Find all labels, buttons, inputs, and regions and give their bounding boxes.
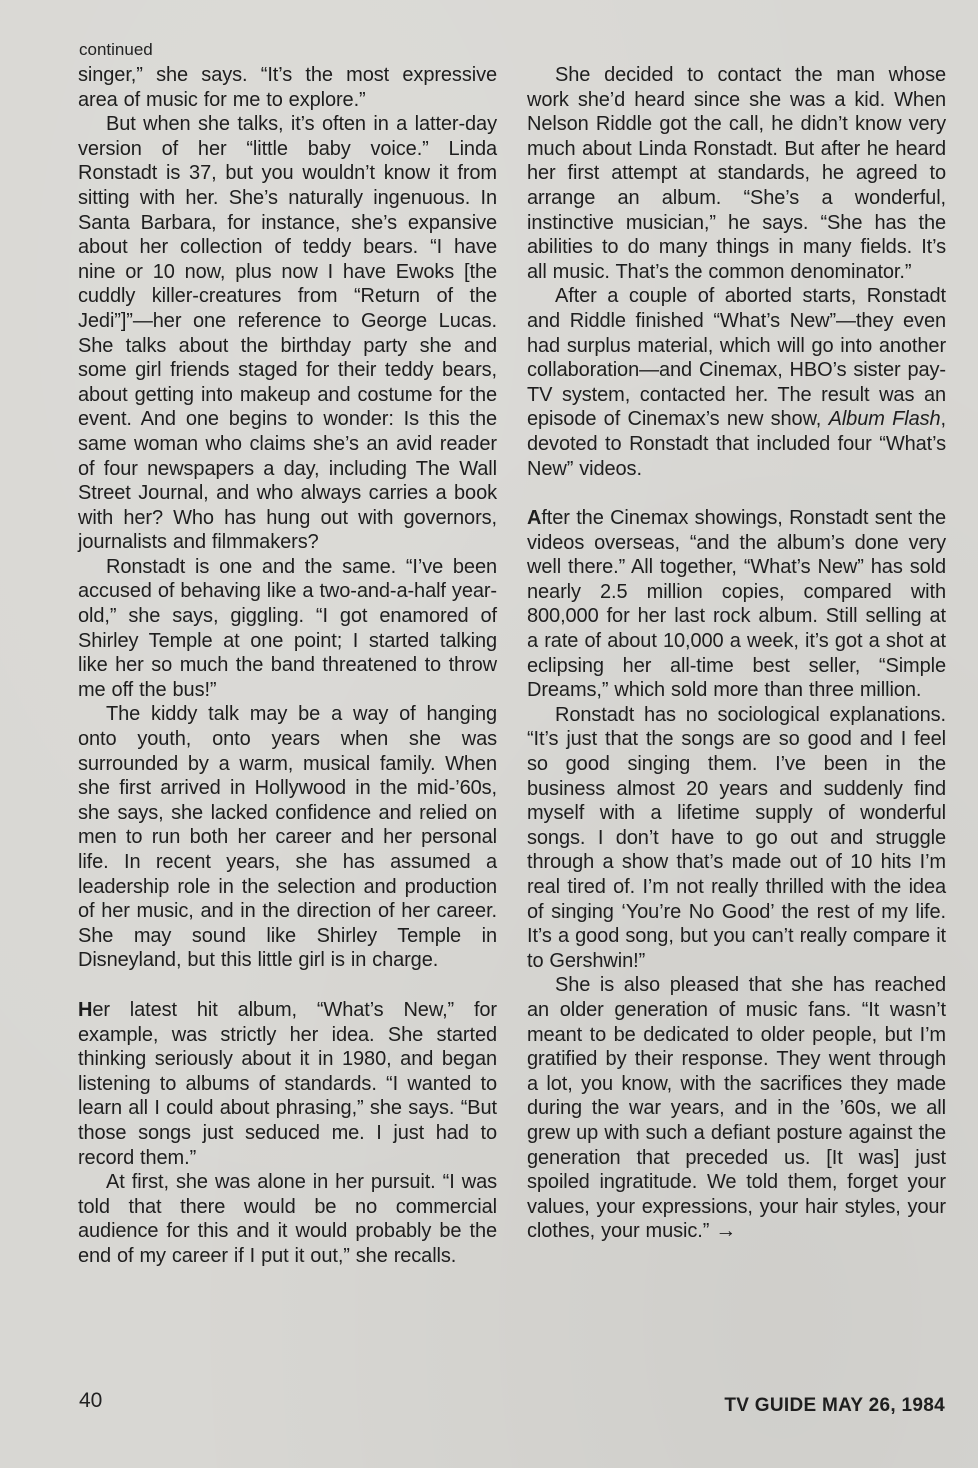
section-initial-letter: A xyxy=(527,507,541,529)
magazine-page: { "page": { "continued_label": "continue… xyxy=(0,0,978,1468)
paragraph-text: Ronstadt has no sociological explanation… xyxy=(527,704,946,972)
paragraph-text: The kiddy talk may be a way of hanging o… xyxy=(78,703,497,971)
article-paragraph: Her latest hit album, “What’s New,” for … xyxy=(78,998,497,1170)
paragraph-text: singer,” she says. “It’s the most expres… xyxy=(78,64,497,111)
footer-page-number: 40 xyxy=(79,1389,102,1413)
article-paragraph: After a couple of aborted starts, Ronsta… xyxy=(527,284,946,481)
article-paragraph: The kiddy talk may be a way of hanging o… xyxy=(78,702,497,973)
paragraph-text: She decided to contact the man whose wor… xyxy=(527,64,946,283)
continued-arrow-icon: → xyxy=(715,1219,736,1242)
article-paragraph: But when she talks, it’s often in a latt… xyxy=(78,112,497,555)
footer-magazine-date: TV GUIDE MAY 26, 1984 xyxy=(724,1395,945,1417)
paragraph-text: er latest hit album, “What’s New,” for e… xyxy=(78,999,497,1169)
paragraph-text: Ronstadt is one and the same. “I’ve been… xyxy=(78,556,497,701)
right-column: She decided to contact the man whose wor… xyxy=(527,63,946,1269)
paragraph-text: But when she talks, it’s often in a latt… xyxy=(78,113,497,553)
article-body: singer,” she says. “It’s the most expres… xyxy=(78,63,946,1269)
article-paragraph: singer,” she says. “It’s the most expres… xyxy=(78,63,497,112)
paragraph-text: Album Flash xyxy=(829,408,941,430)
article-paragraph: Ronstadt has no sociological explanation… xyxy=(527,703,946,974)
article-paragraph: After the Cinemax showings, Ronstadt sen… xyxy=(527,506,946,703)
article-paragraph: She decided to contact the man whose wor… xyxy=(527,63,946,284)
article-paragraph: At first, she was alone in her pursuit. … xyxy=(78,1170,497,1268)
continued-label: continued xyxy=(79,40,153,60)
paragraph-text: She is also pleased that she has reached… xyxy=(527,974,946,1242)
paragraph-text: At first, she was alone in her pursuit. … xyxy=(78,1171,497,1267)
section-initial-letter: H xyxy=(78,999,92,1021)
article-paragraph: She is also pleased that she has reached… xyxy=(527,973,946,1244)
paragraph-text: fter the Cinemax showings, Ronstadt sent… xyxy=(527,507,946,701)
left-column: singer,” she says. “It’s the most expres… xyxy=(78,63,497,1269)
article-paragraph: Ronstadt is one and the same. “I’ve been… xyxy=(78,555,497,703)
